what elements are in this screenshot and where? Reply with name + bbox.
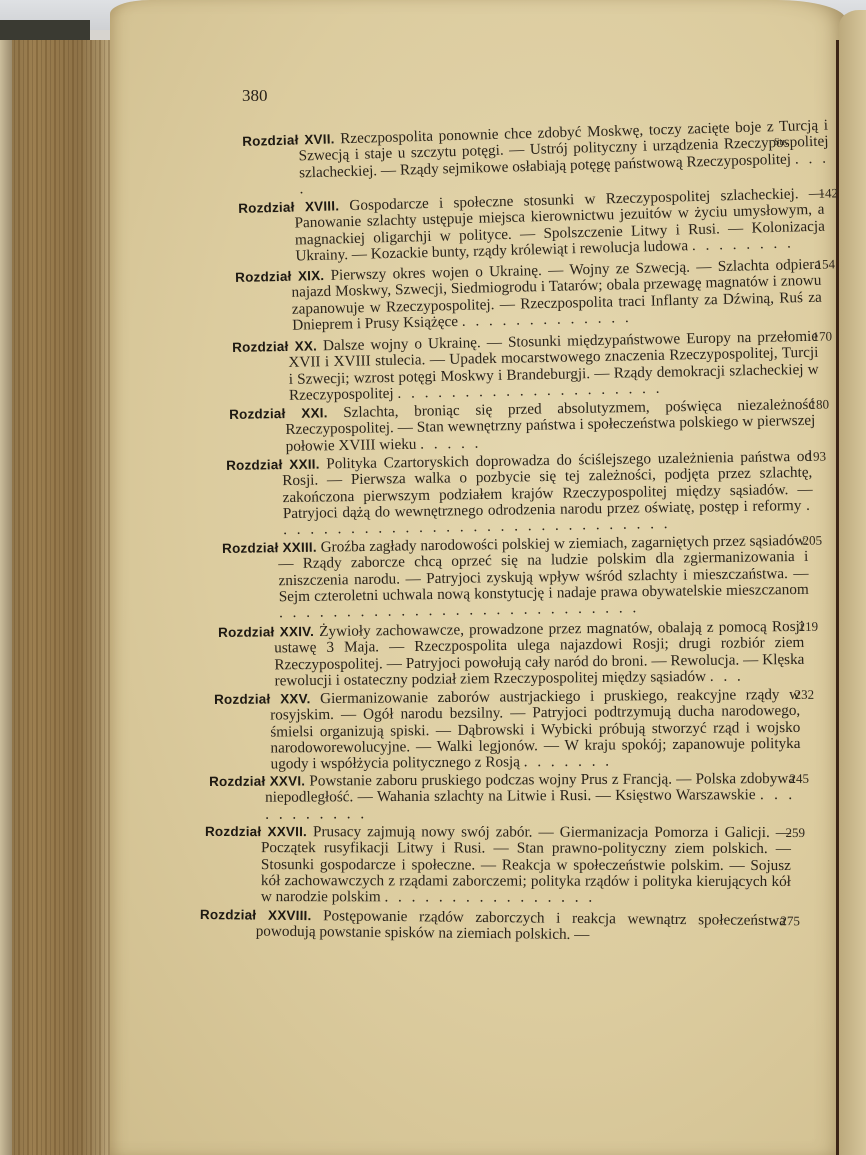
toc-entry-body: Rozdział XXVIII. Postępowanie rządów zab…: [200, 907, 786, 946]
chapter-page-number: 245: [789, 771, 809, 787]
toc-entry-body: Rozdział XXVII. Prusacy zajmują nowy swó…: [205, 824, 791, 907]
toc-entry-xxviii: Rozdział XXVIII. Postępowanie rządów zab…: [200, 907, 800, 946]
chapter-summary: Szlachta, broniąc się przed absolutyzmem…: [285, 396, 815, 455]
toc-entry-xxi: Rozdział XXI. Szlachta, broniąc się prze…: [229, 396, 830, 455]
chapter-label: Rozdział XXII.: [226, 456, 320, 472]
toc-entry-xxiv: Rozdział XXIV. Żywioły zachowawcze, prow…: [218, 618, 819, 689]
chapter-label: Rozdział XXI.: [229, 405, 328, 422]
chapter-label: Rozdział XXVI.: [209, 774, 305, 790]
toc-entry-xxii: Rozdział XXII. Polityka Czartoryskich do…: [226, 448, 827, 539]
toc-entry-xx: Rozdział XX. Dalsze wojny o Ukrainę. — S…: [232, 328, 833, 405]
dot-leader: . . . . . . . . . . . . . . . . . . . . …: [279, 599, 639, 621]
chapter-page-number: 205: [802, 533, 822, 550]
toc-entry-body: Rozdział XVIII. Gospodarcze i społeczne …: [238, 186, 826, 267]
chapter-page-number: 170: [812, 328, 832, 345]
table-of-contents: Rozdział XVII. Rzeczpospolita ponownie c…: [200, 134, 800, 916]
chapter-page-number: 193: [806, 448, 826, 465]
chapter-page-number: 232: [794, 687, 814, 703]
toc-entry-xxvii: Rozdział XXVII. Prusacy zajmują nowy swó…: [205, 824, 805, 907]
chapter-page-number: 180: [809, 396, 829, 413]
chapter-summary: Powstanie zaboru pruskiego podczas wojny…: [265, 770, 795, 806]
chapter-label: Rozdział XX.: [232, 338, 317, 355]
toc-entry-body: Rozdział XXV. Giermanizowanie zaborów au…: [214, 687, 801, 774]
chapter-label: Rozdział XXVII.: [205, 824, 307, 839]
toc-entry-body: Rozdział XXI. Szlachta, broniąc się prze…: [229, 397, 816, 456]
chapter-label: Rozdział XXIII.: [222, 540, 317, 556]
book-page-edges: [0, 40, 112, 1155]
toc-entry-body: Rozdział XXVI. Powstanie zaboru pruskieg…: [209, 771, 795, 823]
toc-entry-xxv: Rozdział XXV. Giermanizowanie zaborów au…: [214, 687, 815, 774]
toc-entry-xxvi: Rozdział XXVI. Powstanie zaboru pruskieg…: [209, 771, 809, 823]
toc-entry-body: Rozdział XIX. Pierwszy okres wojen o Ukr…: [235, 257, 822, 335]
chapter-page-number: 142: [818, 185, 838, 202]
page-number: 380: [242, 86, 268, 106]
dot-leader: . . . . . . .: [524, 753, 613, 771]
chapter-label: Rozdział XXVIII.: [200, 907, 312, 923]
chapter-summary: Postępowanie rządów zaborczych i reakcja…: [256, 907, 786, 943]
chapter-label: Rozdział XXV.: [214, 691, 311, 707]
chapter-page-number: 219: [798, 618, 818, 635]
chapter-page-number: 259: [785, 825, 805, 841]
chapter-summary: Polityka Czartoryskich doprowadza do ści…: [282, 447, 812, 521]
dot-leader: . . . . .: [420, 434, 481, 452]
dot-leader: . . .: [710, 667, 744, 684]
dot-leader: . . . . . . . . . . . . . . . .: [384, 889, 595, 906]
toc-entry-xix: Rozdział XIX. Pierwszy okres wojen o Ukr…: [235, 257, 836, 336]
toc-entry-xviii: Rozdział XVIII. Gospodarcze i społeczne …: [238, 185, 840, 266]
chapter-label: Rozdział XXIV.: [218, 624, 314, 640]
toc-entry-body: Rozdział XXII. Polityka Czartoryskich do…: [226, 448, 813, 539]
dot-leader: . . . . . . . .: [692, 235, 794, 255]
chapter-summary: Groźba zagłady narodowości polskiej w zi…: [278, 532, 809, 605]
chapter-page-number: 275: [780, 913, 800, 930]
dot-leader: . . . . . . . . . . . . .: [462, 309, 632, 330]
chapter-page-number: 154: [815, 257, 835, 274]
toc-entry-body: Rozdział XXIV. Żywioły zachowawcze, prow…: [218, 618, 805, 689]
toc-entry-body: Rozdział XX. Dalsze wojny o Ukrainę. — S…: [232, 328, 819, 404]
toc-entry-xxiii: Rozdział XXIII. Groźba zagłady narodowoś…: [222, 533, 823, 623]
toc-entry-body: Rozdział XXIII. Groźba zagłady narodowoś…: [222, 533, 809, 623]
